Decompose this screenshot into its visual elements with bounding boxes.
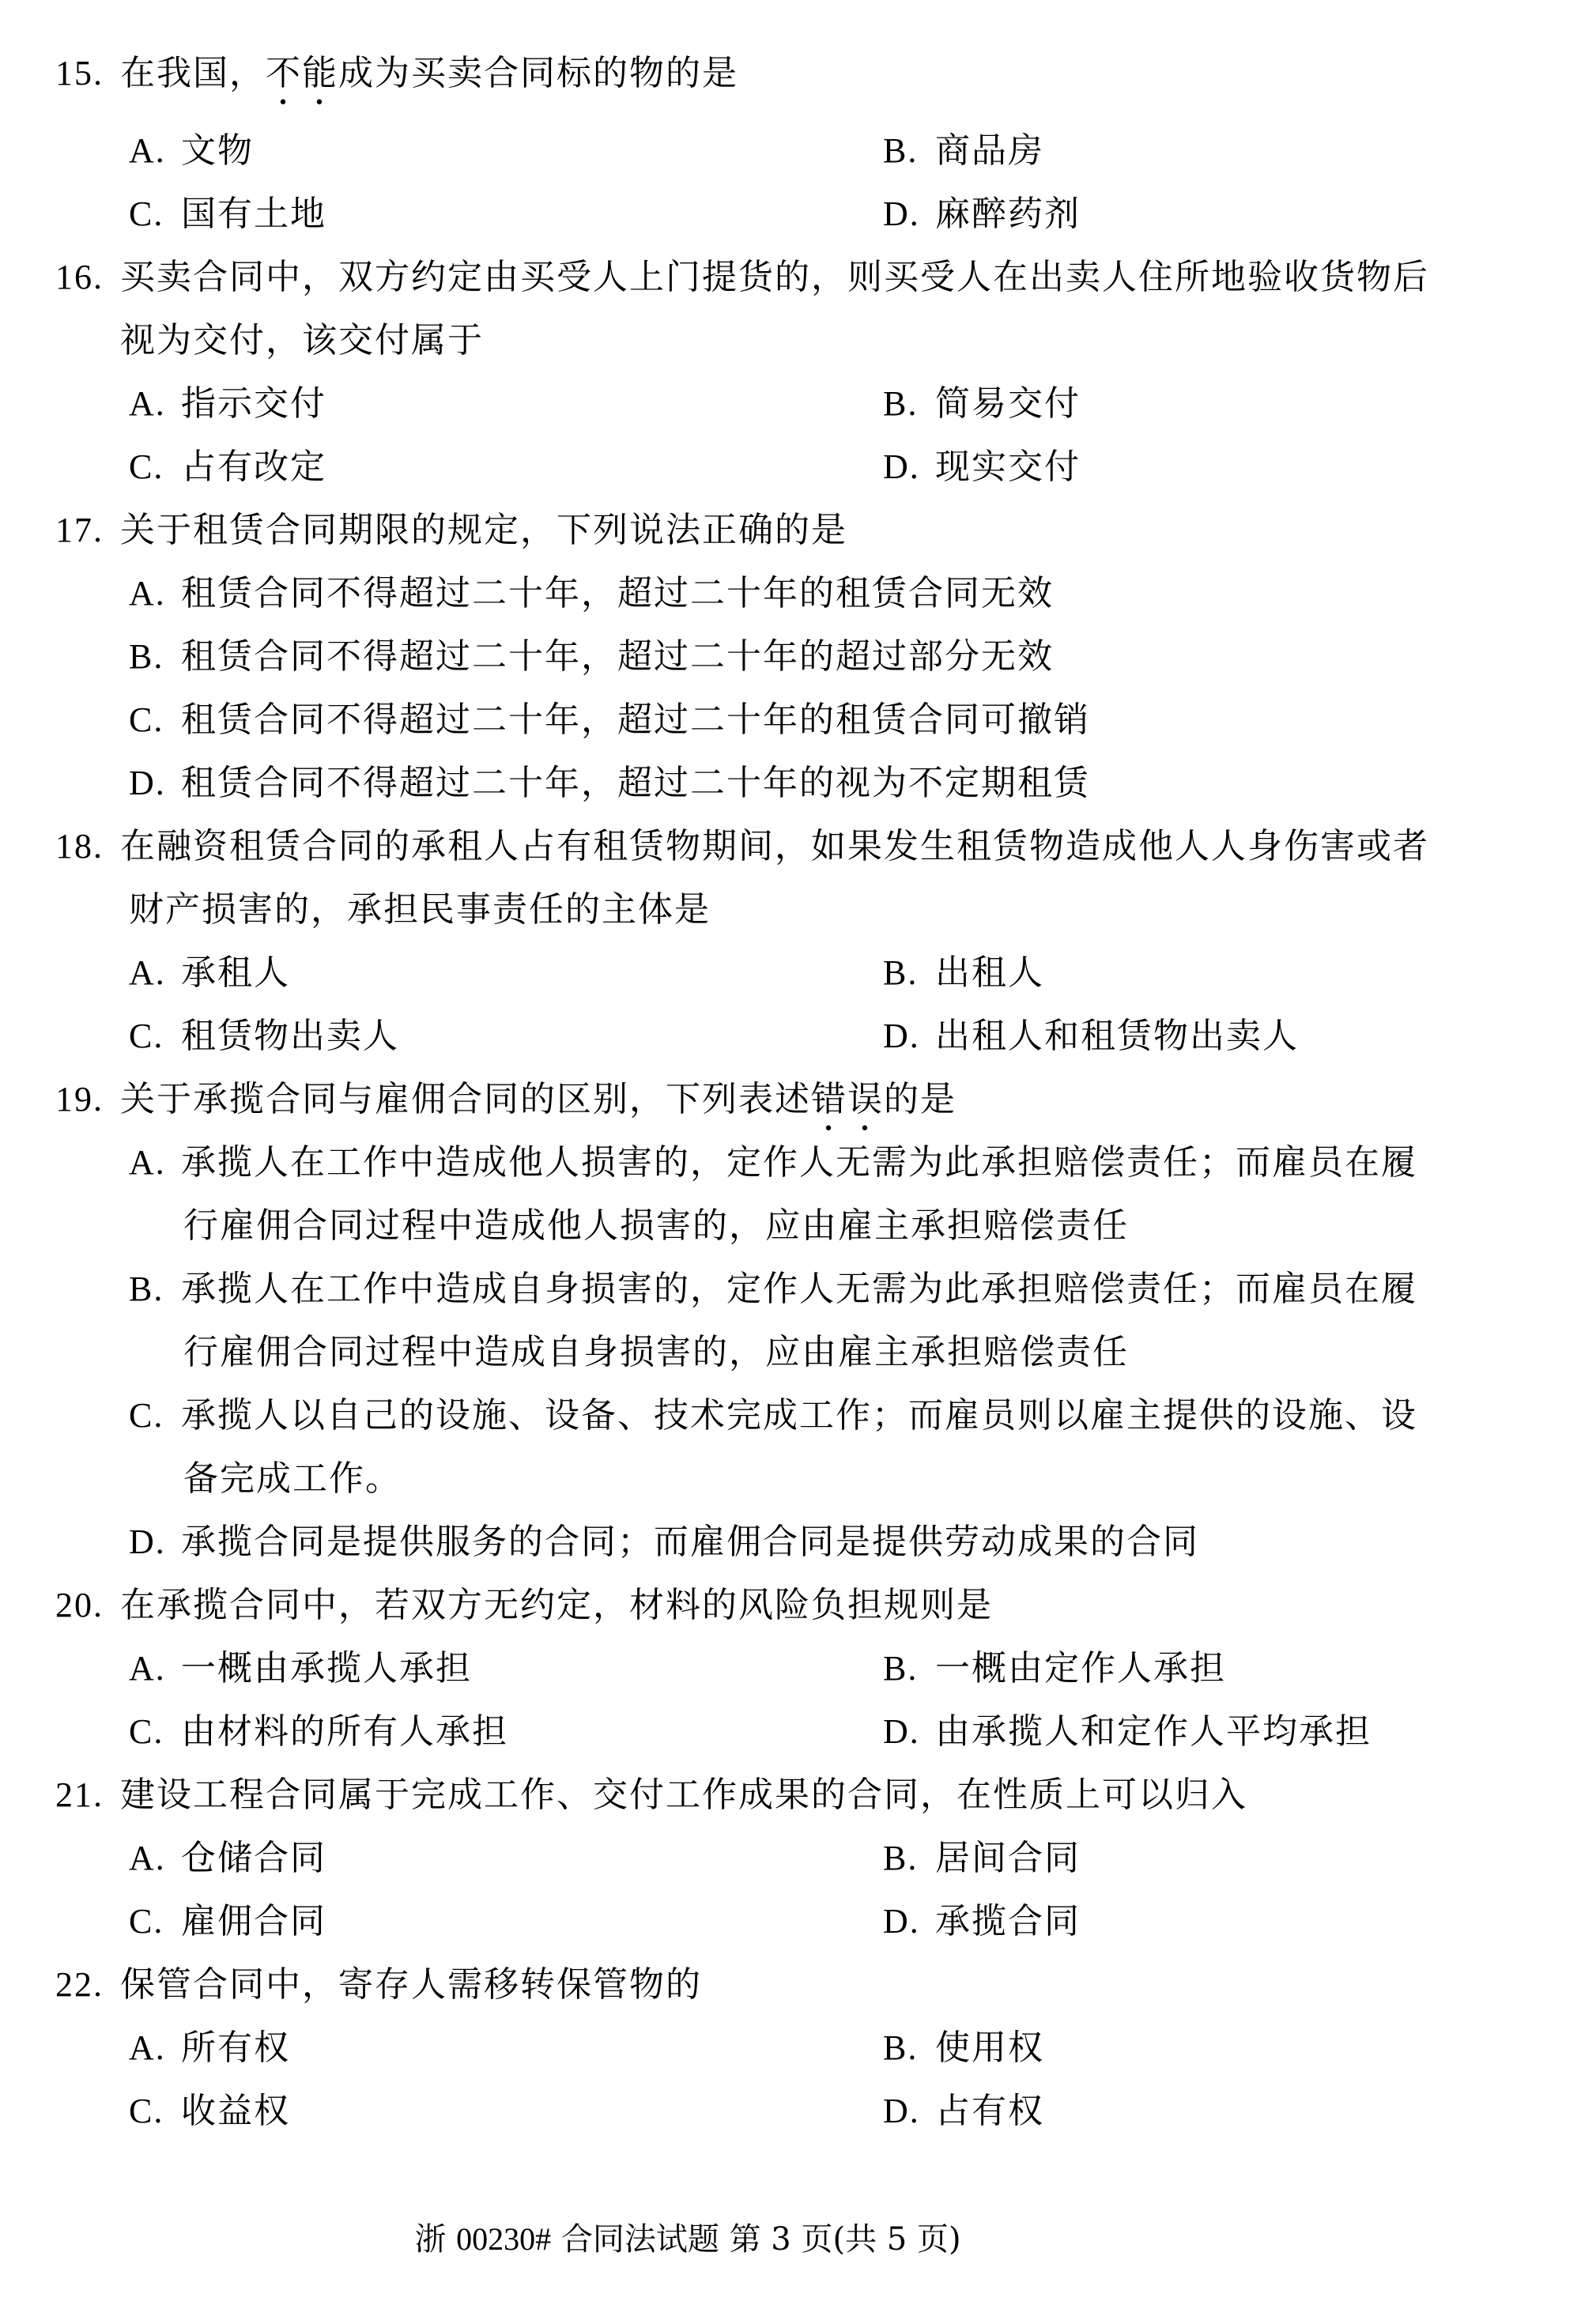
option-letter: A.	[129, 380, 181, 428]
option-a[interactable]: A.租赁合同不得超过二十年，超过二十年的租赁合同无效	[129, 570, 1054, 617]
option-c[interactable]: C.承揽人以自己的设施、设备、技术完成工作；而雇员则以雇主提供的设施、设	[129, 1392, 1417, 1439]
option-letter: D.	[883, 1708, 935, 1756]
option-letter: D.	[883, 1013, 935, 1060]
option-text: 租赁合同不得超过二十年，超过二十年的租赁合同无效	[181, 573, 1054, 613]
question-text: 在融资租赁合同的承租人占有租赁物期间，如果发生租赁物造成他人人身伤害或者	[120, 823, 1429, 870]
option-text: 出租人和租赁物出卖人	[935, 1016, 1299, 1056]
option-letter: B.	[883, 1645, 935, 1692]
option-text: 由承揽人和定作人平均承担	[935, 1711, 1372, 1752]
option-c[interactable]: C.占有改定	[129, 443, 326, 491]
emphasized-text: 错误	[811, 1079, 884, 1119]
option-d[interactable]: D.现实交付	[883, 443, 1081, 491]
question-number: 16.	[55, 254, 104, 301]
stem-part: 的是	[884, 1079, 957, 1119]
option-letter: B.	[883, 380, 935, 428]
question-text: 在我国，不能成为买卖合同标的物的是	[120, 50, 738, 113]
option-text: 简易交付	[935, 383, 1081, 424]
question-number: 17.	[55, 507, 104, 554]
option-letter: B.	[129, 633, 181, 681]
option-c[interactable]: C.收益权	[129, 2088, 290, 2135]
option-b[interactable]: B.一概由定作人承担	[883, 1645, 1226, 1692]
option-text: 承揽合同	[935, 1901, 1081, 1941]
question-number: 19.	[55, 1076, 104, 1123]
option-a[interactable]: A.承租人	[129, 949, 290, 997]
option-text: 收益权	[181, 2091, 290, 2131]
question-number: 22.	[55, 1961, 104, 2009]
option-text: 商品房	[935, 130, 1044, 171]
option-letter: A.	[129, 1139, 181, 1187]
option-letter: B.	[883, 949, 935, 997]
question-text: 建设工程合同属于完成工作、交付工作成果的合同，在性质上可以归入	[120, 1771, 1247, 1819]
page-footer: 浙 00230# 合同法试题 第 3 页(共 5 页)	[0, 2216, 1375, 2263]
option-d[interactable]: D.租赁合同不得超过二十年，超过二十年的视为不定期租赁	[129, 760, 1090, 807]
option-letter: D.	[129, 1519, 181, 1566]
question-text: 在承揽合同中，若双方无约定，材料的风险负担规则是	[120, 1582, 993, 1629]
option-text: 雇佣合同	[181, 1901, 326, 1941]
option-c[interactable]: C.租赁合同不得超过二十年，超过二十年的租赁合同可撤销	[129, 696, 1090, 744]
option-b[interactable]: B.简易交付	[883, 380, 1081, 428]
option-text: 租赁合同不得超过二十年，超过二十年的租赁合同可撤销	[181, 700, 1090, 740]
option-text: 出租人	[935, 953, 1044, 993]
option-text: 一概由承揽人承担	[181, 1648, 472, 1688]
option-letter: C.	[129, 1013, 181, 1060]
option-d[interactable]: D.承揽合同	[883, 1898, 1081, 1945]
option-letter: C.	[129, 1392, 181, 1439]
option-letter: B.	[883, 1835, 935, 1882]
option-letter: C.	[129, 696, 181, 744]
option-letter: D.	[883, 191, 935, 238]
option-b[interactable]: B.商品房	[883, 127, 1044, 175]
option-letter: B.	[883, 127, 935, 175]
option-c[interactable]: C.由材料的所有人承担	[129, 1708, 508, 1756]
option-d[interactable]: D.麻醉药剂	[883, 191, 1081, 238]
option-letter: D.	[883, 2088, 935, 2135]
option-b[interactable]: B.使用权	[883, 2024, 1044, 2072]
option-letter: A.	[129, 949, 181, 997]
option-c[interactable]: C.租赁物出卖人	[129, 1013, 399, 1060]
option-letter: C.	[129, 1708, 181, 1756]
stem-part: 在我国，	[120, 53, 266, 93]
option-text: 所有权	[181, 2028, 290, 2068]
option-text-continued: 备完成工作。	[183, 1455, 402, 1503]
option-a[interactable]: A.指示交付	[129, 380, 326, 428]
option-a[interactable]: A.所有权	[129, 2024, 290, 2072]
option-a[interactable]: A.一概由承揽人承担	[129, 1645, 472, 1692]
question-text-continued: 财产损害的，承担民事责任的主体是	[129, 886, 711, 934]
question-number: 15.	[55, 50, 104, 97]
emphasized-text: 不能	[266, 53, 338, 93]
question-text: 买卖合同中，双方约定由买受人上门提货的，则买受人在出卖人住所地验收货物后	[120, 254, 1429, 301]
question-number: 18.	[55, 823, 104, 870]
stem-part: 成为买卖合同标的物的是	[338, 53, 738, 93]
option-letter: D.	[883, 1898, 935, 1945]
footer-course-code: 00230#	[456, 2221, 551, 2257]
option-letter: A.	[129, 570, 181, 617]
option-a[interactable]: A.仓储合同	[129, 1835, 326, 1882]
option-text: 租赁物出卖人	[181, 1016, 399, 1056]
option-text: 租赁合同不得超过二十年，超过二十年的视为不定期租赁	[181, 763, 1090, 803]
option-b[interactable]: B.承揽人在工作中造成自身损害的，定作人无需为此承担赔偿责任；而雇员在履	[129, 1266, 1417, 1313]
option-letter: C.	[129, 443, 181, 491]
option-a[interactable]: A.文物	[129, 127, 254, 175]
question-number: 21.	[55, 1771, 104, 1819]
option-b[interactable]: B.出租人	[883, 949, 1044, 997]
option-letter: B.	[129, 1266, 181, 1313]
option-letter: B.	[883, 2024, 935, 2072]
option-letter: A.	[129, 2024, 181, 2072]
option-text: 使用权	[935, 2028, 1044, 2068]
option-text: 麻醉药剂	[935, 194, 1081, 234]
option-text: 租赁合同不得超过二十年，超过二十年的超过部分无效	[181, 636, 1054, 677]
option-c[interactable]: C.雇佣合同	[129, 1898, 326, 1945]
question-text: 关于租赁合同期限的规定，下列说法正确的是	[120, 507, 847, 554]
option-c[interactable]: C.国有土地	[129, 191, 326, 238]
option-d[interactable]: D.由承揽人和定作人平均承担	[883, 1708, 1372, 1756]
option-letter: C.	[129, 1898, 181, 1945]
option-letter: A.	[129, 1835, 181, 1882]
option-text: 指示交付	[181, 383, 326, 424]
option-text: 仓储合同	[181, 1838, 326, 1878]
option-text: 国有土地	[181, 194, 326, 234]
option-letter: A.	[129, 1645, 181, 1692]
option-d[interactable]: D.占有权	[883, 2088, 1044, 2135]
option-text: 承揽人在工作中造成他人损害的，定作人无需为此承担赔偿责任；而雇员在履	[181, 1142, 1417, 1183]
option-letter: C.	[129, 2088, 181, 2135]
option-a[interactable]: A.承揽人在工作中造成他人损害的，定作人无需为此承担赔偿责任；而雇员在履	[129, 1139, 1417, 1187]
option-b[interactable]: B.居间合同	[883, 1835, 1081, 1882]
option-text: 由材料的所有人承担	[181, 1711, 508, 1752]
option-letter: C.	[129, 191, 181, 238]
option-d[interactable]: D.承揽合同是提供服务的合同；而雇佣合同是提供劳动成果的合同	[129, 1519, 1199, 1566]
question-text-continued: 视为交付，该交付属于	[120, 317, 484, 364]
question-text: 保管合同中，寄存人需移转保管物的	[120, 1961, 702, 2009]
stem-part: 关于承揽合同与雇佣合同的区别，下列表述	[120, 1079, 811, 1119]
option-letter: D.	[883, 443, 935, 491]
footer-province: 浙	[414, 2221, 446, 2258]
question-number: 20.	[55, 1582, 104, 1629]
option-text-continued: 行雇佣合同过程中造成自身损害的，应由雇主承担赔偿责任	[183, 1329, 1129, 1376]
option-text: 居间合同	[935, 1838, 1081, 1878]
option-text: 承揽人在工作中造成自身损害的，定作人无需为此承担赔偿责任；而雇员在履	[181, 1269, 1417, 1309]
option-text: 占有权	[935, 2091, 1044, 2131]
footer-page-number: 第 3 页(共 5 页)	[730, 2221, 961, 2258]
question-text: 关于承揽合同与雇佣合同的区别，下列表述错误的是	[120, 1076, 957, 1139]
option-text-continued: 行雇佣合同过程中造成他人损害的，应由雇主承担赔偿责任	[183, 1202, 1129, 1250]
option-text: 现实交付	[935, 447, 1081, 487]
option-text: 文物	[181, 130, 254, 171]
option-letter: A.	[129, 127, 181, 175]
option-text: 占有改定	[181, 447, 326, 487]
option-text: 承揽合同是提供服务的合同；而雇佣合同是提供劳动成果的合同	[181, 1522, 1199, 1562]
option-text: 一概由定作人承担	[935, 1648, 1226, 1688]
option-text: 承租人	[181, 953, 290, 993]
option-b[interactable]: B.租赁合同不得超过二十年，超过二十年的超过部分无效	[129, 633, 1054, 681]
option-d[interactable]: D.出租人和租赁物出卖人	[883, 1013, 1299, 1060]
option-text: 承揽人以自己的设施、设备、技术完成工作；而雇员则以雇主提供的设施、设	[181, 1395, 1417, 1436]
option-letter: D.	[129, 760, 181, 807]
footer-exam-title: 合同法试题	[561, 2221, 719, 2258]
